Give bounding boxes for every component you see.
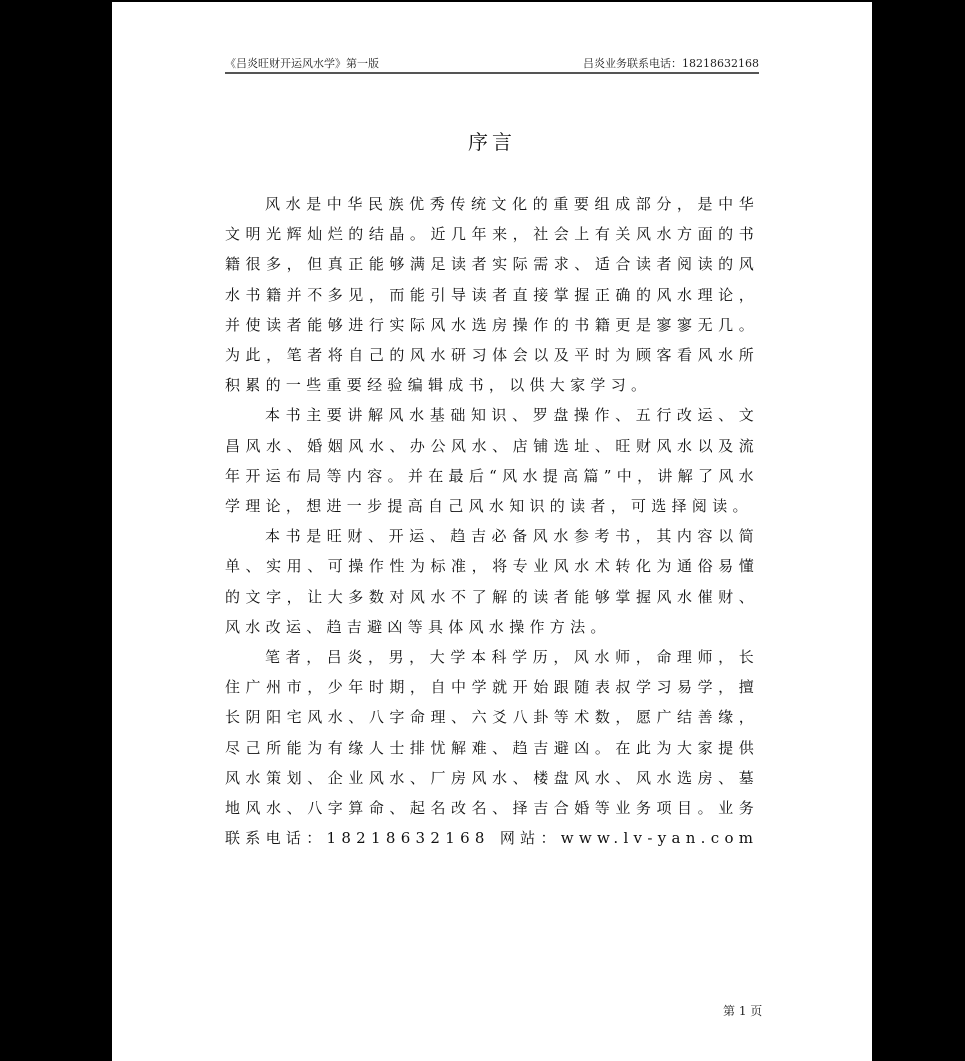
paragraph: 本书主要讲解风水基础知识、罗盘操作、五行改运、文昌风水、婚姻风水、办公风水、店铺…	[225, 400, 759, 521]
header-book-title: 《吕炎旺财开运风水学》第一版	[225, 56, 379, 72]
page-number: 第 1 页	[723, 1002, 762, 1019]
paragraph: 本书是旺财、开运、趋吉必备风水参考书，其内容以简单、实用、可操作性为标准，将专业…	[225, 521, 759, 642]
header-contact-phone: 吕炎业务联系电话：18218632168	[583, 56, 759, 72]
paragraph: 笔者，吕炎，男，大学本科学历，风水师，命理师，长住广州市，少年时期，自中学就开始…	[225, 642, 759, 853]
paragraph: 风水是中华民族优秀传统文化的重要组成部分，是中华文明光辉灿烂的结晶。近几年来，社…	[225, 189, 759, 400]
document-page: 《吕炎旺财开运风水学》第一版 吕炎业务联系电话：18218632168 序言 风…	[112, 2, 872, 1061]
page-header: 《吕炎旺财开运风水学》第一版 吕炎业务联系电话：18218632168	[225, 56, 759, 74]
document-body: 风水是中华民族优秀传统文化的重要组成部分，是中华文明光辉灿烂的结晶。近几年来，社…	[225, 189, 759, 853]
page-title: 序言	[112, 126, 872, 155]
